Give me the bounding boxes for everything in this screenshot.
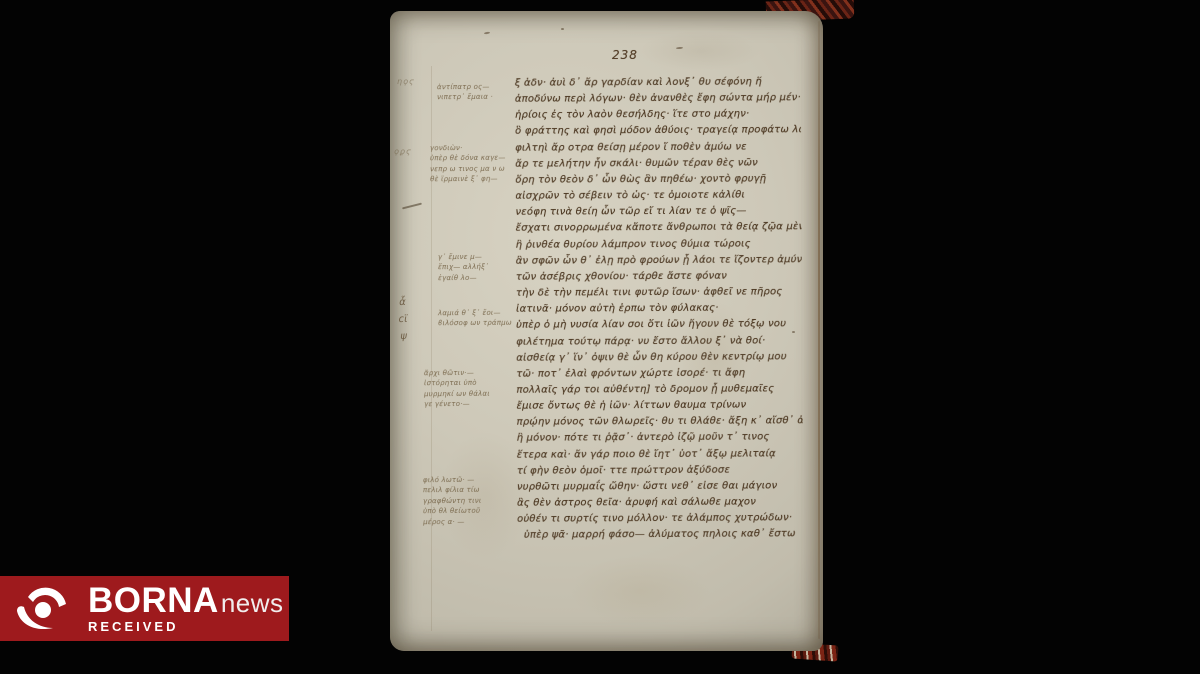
manuscript-text-line: φιλέτημα τούτῳ πάρᾳ· νυ ἔστο ἄλλου ξ᾽ νὰ… [516,333,802,351]
manuscript-text-line: πολλαῖς γάρ τοι αὐθέντη] τὸ δρομον ᾖ μυθ… [516,381,802,399]
manuscript-text-line: ἀποδύνω περὶ λόγων· θὲν ἀνανθὲς ἔφη σώντ… [515,90,801,108]
marginal-note-line: μυρμηκί ων θάλαι [424,389,490,400]
manuscript-text-line: ἔμισε ὄντως θὲ ἡ ἰῶν· λίττων θαυμα τρίνω… [516,397,802,415]
marginal-note-line: ἔπιχ— αλλήξ᾽ [438,262,489,273]
marginal-note-line: γε γένετο·— [424,399,490,410]
marginal-note-line: ὑπὸ θλ θείωτοῦ [423,506,481,517]
manuscript-text-line: ἂν σφῶν ὧν θ᾽ ἐλῃ πρὸ φρούων ᾗ λάοι τε ἴ… [516,252,802,270]
marginal-note-line: νεπρ ω τινος μα ν ω [430,164,506,175]
borna-news-text: news [221,590,284,616]
marginal-note-line: θὲ ϊρμαινὲ ξ᾽ φη— [430,174,506,185]
manuscript-text-line: ὑπὲρ ψᾶ· μαρρή φάσο— ἀλύματος πηλοις καθ… [517,527,803,545]
manuscript-text-line: ξ ἁδν· ἀυὶ δ᾽ ἄρ γαρδίαν καὶ λονξ᾽ θυ σέ… [515,74,801,92]
manuscript-text-line: φιλτηὶ ἄρ οτρα θείσῃ μέρον ἴ ποθὲν ἀμύω … [515,139,801,157]
parchment-stain [640,31,760,71]
manuscript-text-line: ὑπὲρ ὁ μὴ νυσία λίαν σοι ὅτι ἰῶν ἤγουν θ… [516,317,802,335]
manuscript-text-line: τί φὴν θεὸν ὁμοῖ· ττε πρώττρον ἀξύδοσε [517,462,803,480]
ink-speck [484,32,490,35]
sigil-glyph: ἆ [391,294,414,312]
marginal-note-line: νιπετρ᾽ ἔμαια · [437,92,493,103]
folio-number: 238 [612,48,638,62]
manuscript-text-line: τῶν ἀσέβρις χθονίου· τάρθε ἄστε φόναν [516,268,802,286]
marginal-note-group-6: φιλό λωτῶ· —πελιλ φίλια τίωγραφθώντη τιν… [423,475,482,527]
marginal-note-line: ἀντίπατρ ος— [437,82,493,93]
marginal-note-line: ὑπὲρ θὲ δόνα καγε— [430,153,506,164]
manuscript-text-line: τῶ· ποτ᾽ ἐλαὶ φρόντων χώρτε ἰσορέ· τι ἄφ… [516,365,802,383]
sigil-glyph: ϲϊ [392,311,415,329]
quire-mark: ϙϼϛ [394,147,412,156]
manuscript-text-line: ἢ μόνον· πότε τι ῥᾷσ᾽· ἀντερὸ ἰζῷ μοῦν τ… [517,430,803,448]
ink-speck [561,28,564,30]
quire-mark: ηϙϛ [397,77,415,86]
manuscript-text-line: πρῴην μόνος τῶν θλωρεῖς· θυ τι θλάθε· ἄξ… [517,414,803,432]
manuscript-text-line: νεόφη τινὰ θείη ὧν τῶρ εἴ τι λίαν τε ὁ ψ… [515,204,801,222]
manuscript-text-line: ὅρη τὸν θεὸν δ᾽ ὧν θὼς ἂν πηθέω· χοντὸ φ… [515,171,801,189]
manuscript-text-line: τὴν δὲ τὴν πεμέλι τινι φυτῶρ ἴσων· ἀφθεῖ… [516,284,802,302]
marginal-note-line: γ᾽ ἔμινε μ— [438,252,489,263]
marginal-note-line: λαμιά θ᾽ ξ᾽ ἔοι— [438,308,512,319]
marginal-note-line: ἄρχι θῶτιν·— [424,368,490,379]
sigil-glyph: ψ [392,328,415,346]
manuscript-text-line: ἔσχατι σινορρωμένα κἄποτε ἄνθρωποι τὰ θε… [516,220,802,238]
parchment-stain [570,556,710,626]
news-photo-frame: 238 ξ ἁδν· ἀυὶ δ᾽ ἄρ γαρδίαν καὶ λονξ᾽ θ… [0,0,1200,674]
received-status-text: RECEIVED [88,619,284,634]
marginal-note-group-2: γονδιὼν·ὑπὲρ θὲ δόνα καγε—νεπρ ω τινος μ… [430,143,506,185]
marginal-note-group-3: γ᾽ ἔμινε μ—ἔπιχ— αλλήξ᾽ἐγαίθ λο— [438,252,489,284]
marginal-note-line: φιλό λωτῶ· — [423,475,481,486]
marginal-note-line: ϐιλόσοφ ων τράπμω [438,318,512,329]
manuscript-text-line: οὐθέν τι συρτίς τινο μόλλον· τε ἀλάμπος … [517,510,803,528]
manuscript-text-line: ἰατινᾶ· μόνον αὐτὴ ἑρπω τὸν φύλακας· [516,300,802,318]
manuscript-text-block: ξ ἁδν· ἀυὶ δ᾽ ἄρ γαρδίαν καὶ λονξ᾽ θυ σέ… [515,74,803,544]
manuscript-text-line: ὃ φράττης καὶ φησὶ μόδον ἀθύοις· τραγείᾳ… [515,123,801,141]
manuscript-page: 238 ξ ἁδν· ἀυὶ δ᾽ ἄρ γαρδίαν καὶ λονξ᾽ θ… [390,11,823,651]
manuscript-text-line: ἢ ῥινθέα θυρίου λάμπρον τινος θύμια τώρο… [516,236,802,254]
manuscript-text-line: αἰσχρῶν τὸ σέβειν τὸ ὡς· τε ὁμοιοτε κἀλί… [515,187,801,205]
marginal-note-group-1: ἀντίπατρ ος—νιπετρ᾽ ἔμαια · [437,82,493,103]
marginal-note-group-5: ἄρχι θῶτιν·—ἱστόρηται ὑπὸμυρμηκί ων θάλα… [424,368,490,410]
ink-speck [676,47,683,50]
manuscript-text-line: ἄρ τε μελήτην ἦν σκάλι· θυμῶν τέραν θὲς … [515,155,801,173]
manuscript-text-line: αἰσθείᾳ γ᾽ ἵν᾽ ὀψιν θὲ ὧν θη κύρου θὲν κ… [516,349,802,367]
marginal-note-line: μέρος α· — [423,516,481,527]
marginal-note-group-4: λαμιά θ᾽ ξ᾽ ἔοι—ϐιλόσοφ ων τράπμω [438,308,512,329]
marginal-note-line: γραφθώντη τινι [423,496,481,507]
borna-brand-text: BORNA [88,584,219,618]
marginal-note-line: γονδιὼν· [430,143,506,154]
manuscript-text-line: νυρθῶτι μυρμαΐς ὤθην· ὥστι νεθ᾽ εἰσε θαι… [517,478,803,496]
marginal-note-line: ἱστόρηται ὑπὸ [424,378,490,389]
marginal-note-line: πελιλ φίλια τίω [423,485,481,496]
manuscript-text-line: ἡρίοις ἐς τὸν λαὸν θεσήλδης· ἵτε στο μάχ… [515,107,801,125]
borna-watermark: BORNA news RECEIVED [0,576,289,641]
marginal-note-line: ἐγαίθ λο— [438,273,489,284]
pen-flourish-mark [402,203,422,210]
manuscript-text-line: ἂς θὲν ἀστρος θεῖα· ἀρυφή καὶ σάλωθε μαχ… [517,494,803,512]
manuscript-text-line: ἕτερα καὶ· ἄν γάρ ποιο θὲ ἴητ᾽ ὑοτ᾽ ἄξῳ … [517,446,803,464]
marginal-sigil: ἆϲϊψ [391,294,415,346]
borna-logo-eye-icon [15,583,79,635]
